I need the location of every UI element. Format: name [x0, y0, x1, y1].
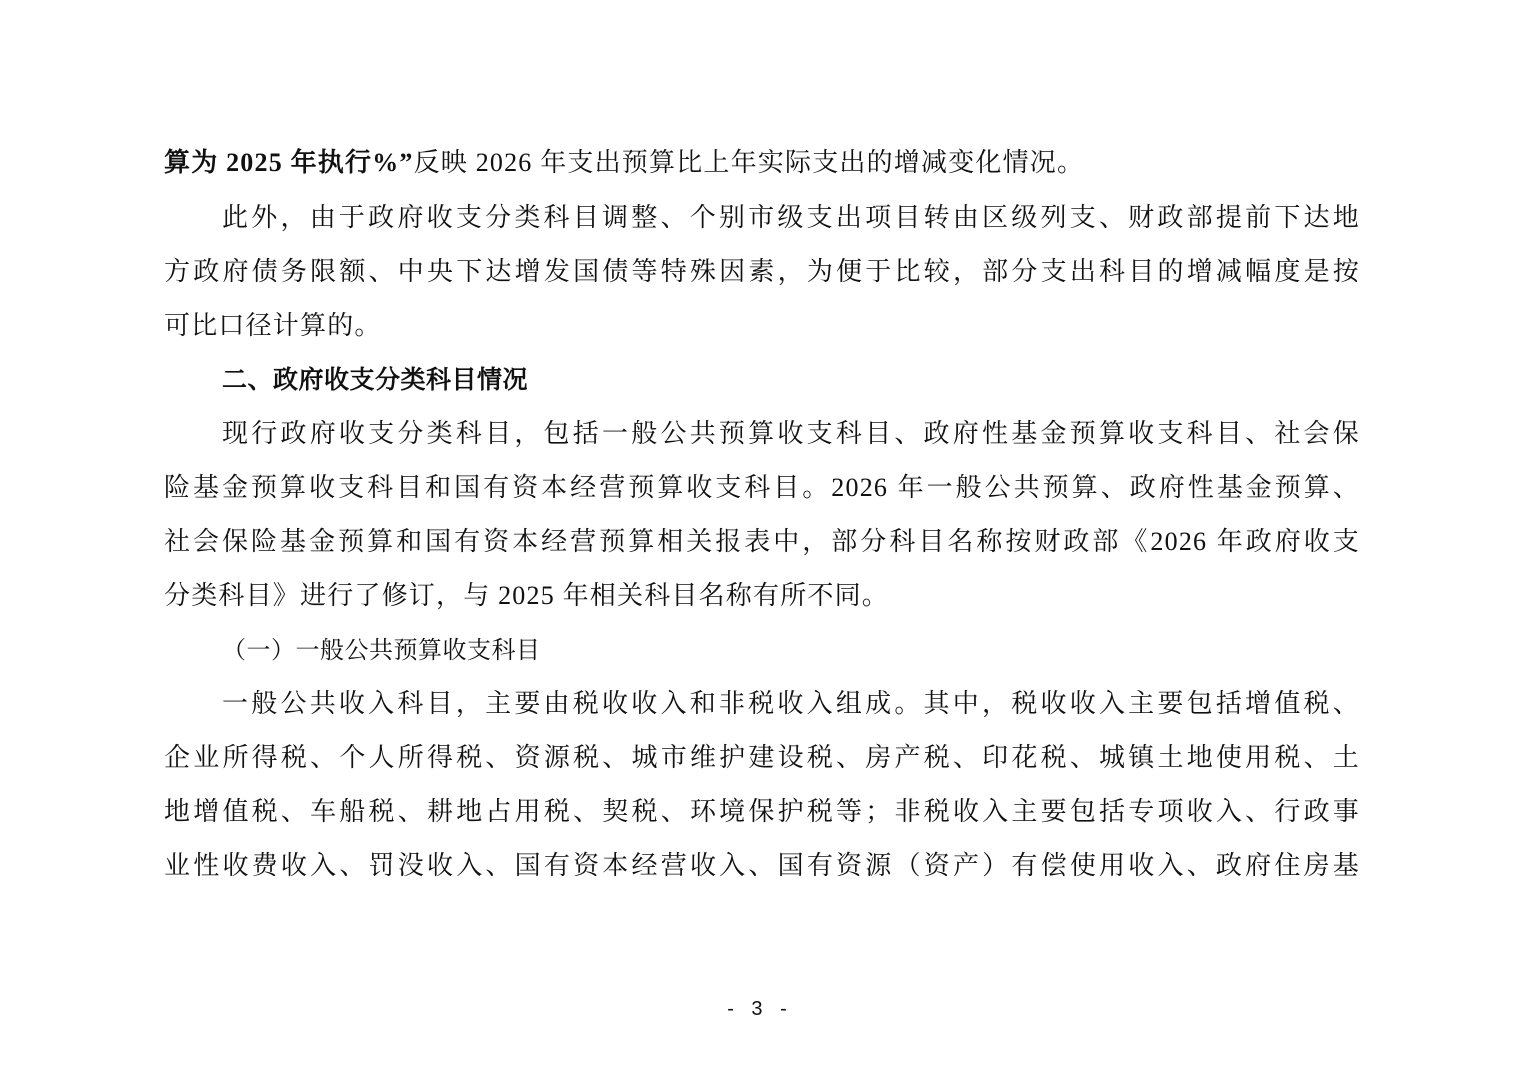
paragraph-line: 业性收费收入、罚没收入、国有资本经营收入、国有资源（资产）有偿使用收入、政府住房…	[164, 851, 1360, 881]
paragraph-line: 分类科目》进行了修订，与 2025 年相关科目名称有所不同。	[164, 581, 1360, 611]
paragraph-line: 方政府债务限额、中央下达增发国债等特殊因素，为便于比较，部分支出科目的增减幅度是…	[164, 257, 1360, 287]
paragraph-line: 地增值税、车船税、耕地占用税、契税、环境保护税等；非税收入主要包括专项收入、行政…	[164, 797, 1360, 827]
subsection-heading: （一）一般公共预算收支科目	[222, 635, 1360, 665]
bold-text: 算为 2025 年执行%”	[164, 148, 414, 177]
document-page: 算为 2025 年执行%”反映 2026 年支出预算比上年实际支出的增减变化情况…	[0, 0, 1520, 1074]
section-heading: 二、政府收支分类科目情况	[222, 365, 1360, 395]
paragraph-line: 险基金预算收支科目和国有资本经营预算收支科目。2026 年一般公共预算、政府性基…	[164, 473, 1360, 503]
paragraph-line: 现行政府收支分类科目，包括一般公共预算收支科目、政府性基金预算收支科目、社会保	[222, 419, 1360, 449]
paragraph-line: 此外，由于政府收支分类科目调整、个别市级支出项目转由区级列支、财政部提前下达地	[222, 203, 1360, 233]
paragraph-line: 企业所得税、个人所得税、资源税、城市维护建设税、房产税、印花税、城镇土地使用税、…	[164, 743, 1360, 773]
paragraph-line: 一般公共收入科目，主要由税收收入和非税收入组成。其中，税收收入主要包括增值税、	[222, 689, 1360, 719]
paragraph-line: 算为 2025 年执行%”反映 2026 年支出预算比上年实际支出的增减变化情况…	[164, 148, 1360, 178]
body-text: 反映 2026 年支出预算比上年实际支出的增减变化情况。	[414, 148, 1085, 177]
paragraph-line: 可比口径计算的。	[164, 311, 1360, 341]
page-number: - 3 -	[0, 998, 1520, 1021]
paragraph-line: 社会保险基金预算和国有资本经营预算相关报表中，部分科目名称按财政部《2026 年…	[164, 527, 1360, 557]
